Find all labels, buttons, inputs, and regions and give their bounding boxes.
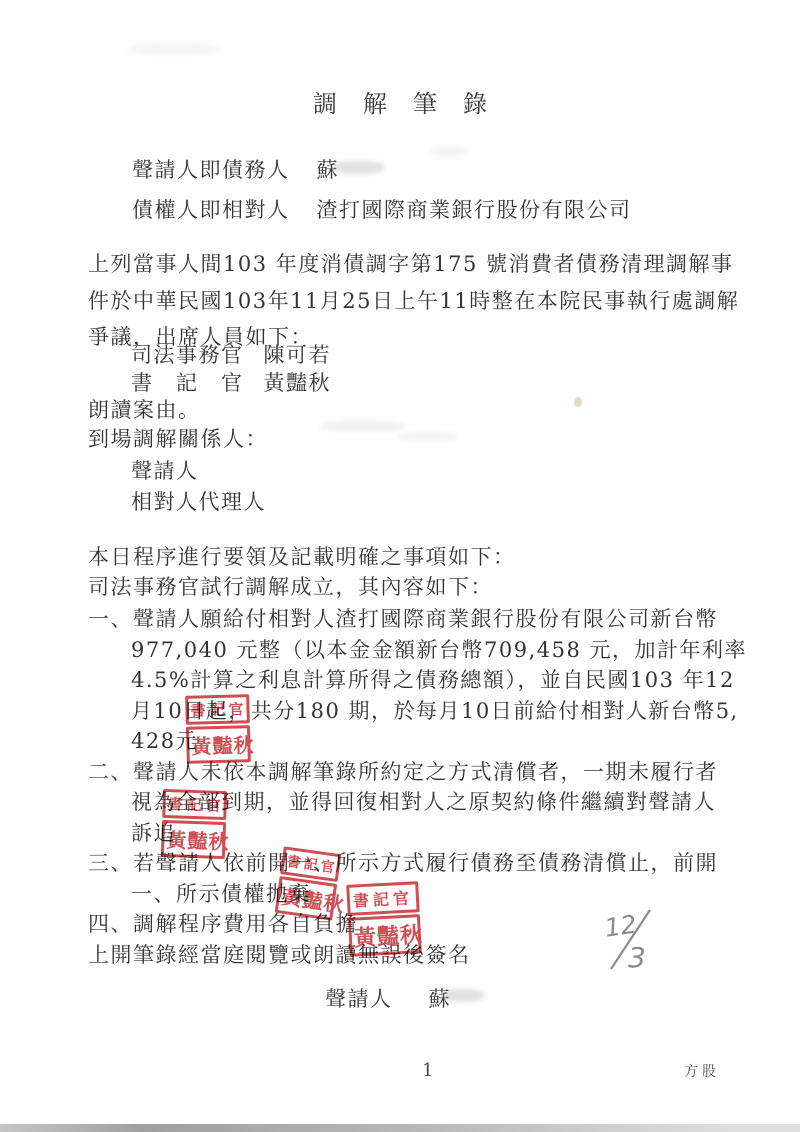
agreement-list: 一、聲請人願給付相對人渣打國際商業銀行股份有限公司新台幣 977,040 元整（… xyxy=(88,604,778,940)
page-number: 1 xyxy=(422,1060,433,1081)
agreement-line: 一、所示債權拋棄 xyxy=(88,879,778,910)
agreement-line: 一、聲請人願給付相對人渣打國際商業銀行股份有限公司新台幣 xyxy=(88,604,778,635)
official-name: 陳可若 xyxy=(264,343,332,367)
party-label: 債權人即相對人 xyxy=(132,198,290,222)
attendee-line: 聲請人 xyxy=(131,456,266,487)
clerk-stamp: 書記官 黃豔秋 xyxy=(185,694,251,764)
scan-smudge xyxy=(320,421,405,431)
document-title: 調解筆錄 xyxy=(0,84,800,119)
clerk-stamp: 書記官 黃豔秋 xyxy=(346,881,422,957)
official-line: 司法事務官陳可若 xyxy=(131,341,331,369)
section-heading: 本日程序進行要領及記載明確之事項如下： xyxy=(88,542,516,572)
official-role: 書 記 官 xyxy=(131,371,244,395)
stamp-title-seal: 書記官 xyxy=(162,789,227,820)
stamp-name-seal: 黃豔秋 xyxy=(348,914,422,957)
redaction-smudge xyxy=(332,161,384,174)
party-label: 聲請人即債務人 xyxy=(132,158,290,182)
party-line: 債權人即相對人渣打國際商業銀行股份有限公司 xyxy=(132,190,632,230)
scan-smudge xyxy=(128,44,220,54)
stamp-title-seal: 書記官 xyxy=(185,694,250,725)
signature-line: 聲請人蘇 xyxy=(325,983,451,1013)
officials-block: 司法事務官陳可若 書 記 官黃豔秋 xyxy=(131,341,331,397)
section-headings: 本日程序進行要領及記載明確之事項如下： 司法事務官試行調解成立，其內容如下： xyxy=(88,542,516,602)
attendees-block: 聲請人 相對人代理人 xyxy=(131,456,266,518)
official-line: 書 記 官黃豔秋 xyxy=(131,369,331,397)
official-role: 司法事務官 xyxy=(131,343,244,367)
agreement-line: 4.5%計算之利息計算所得之債務總額），並自民國103 年12 xyxy=(88,665,778,696)
procedure-line: 到場調解關係人： xyxy=(88,425,268,454)
signature-label: 聲請人 xyxy=(325,987,393,1011)
official-name: 黃豔秋 xyxy=(264,371,332,395)
stamp-name-seal: 黃豔秋 xyxy=(161,820,226,859)
clerk-stamp: 書記官 黃豔秋 xyxy=(275,846,342,920)
handwritten-date-note: 12 3 xyxy=(598,903,668,977)
agreement-line: 977,040 元整（以本金金額新台幣709,458 元，加計年利率 xyxy=(88,635,778,666)
intro-line: 件於中華民國103年11月25日上午11時整在本院民事執行處調解 xyxy=(88,283,768,320)
scanned-document-page: 調解筆錄 聲請人即債務人蘇 債權人即相對人渣打國際商業銀行股份有限公司 上列當事… xyxy=(0,0,800,1132)
stamp-title-seal: 書記官 xyxy=(346,881,420,916)
division-label: 方股 xyxy=(684,1061,720,1081)
intro-line: 上列當事人間103 年度消債調字第175 號消費者債務清理調解事 xyxy=(88,246,768,283)
agreement-line: 四、調解程序費用各自負擔 xyxy=(88,909,778,940)
party-value: 渣打國際商業銀行股份有限公司 xyxy=(317,198,632,222)
scan-smudge xyxy=(398,432,458,441)
attendee-line: 相對人代理人 xyxy=(131,487,266,518)
section-heading: 司法事務官試行調解成立，其內容如下： xyxy=(88,572,516,602)
stamp-name-seal: 黃豔秋 xyxy=(186,725,251,764)
intro-paragraph: 上列當事人間103 年度消債調字第175 號消費者債務清理調解事 件於中華民國1… xyxy=(88,246,768,356)
handwritten-denominator: 3 xyxy=(628,941,646,974)
clerk-stamp: 書記官 黃豔秋 xyxy=(161,789,227,859)
scan-smudge xyxy=(430,147,468,155)
scan-edge-strip xyxy=(0,1124,800,1132)
stamp-name-seal: 黃豔秋 xyxy=(275,876,338,921)
scan-speck xyxy=(574,397,582,407)
redaction-smudge xyxy=(438,989,484,1002)
parties-block: 聲請人即債務人蘇 債權人即相對人渣打國際商業銀行股份有限公司 xyxy=(132,150,632,230)
procedure-line: 朗讀案由。 xyxy=(88,396,268,425)
procedure-lines: 朗讀案由。 到場調解關係人： xyxy=(88,396,268,453)
